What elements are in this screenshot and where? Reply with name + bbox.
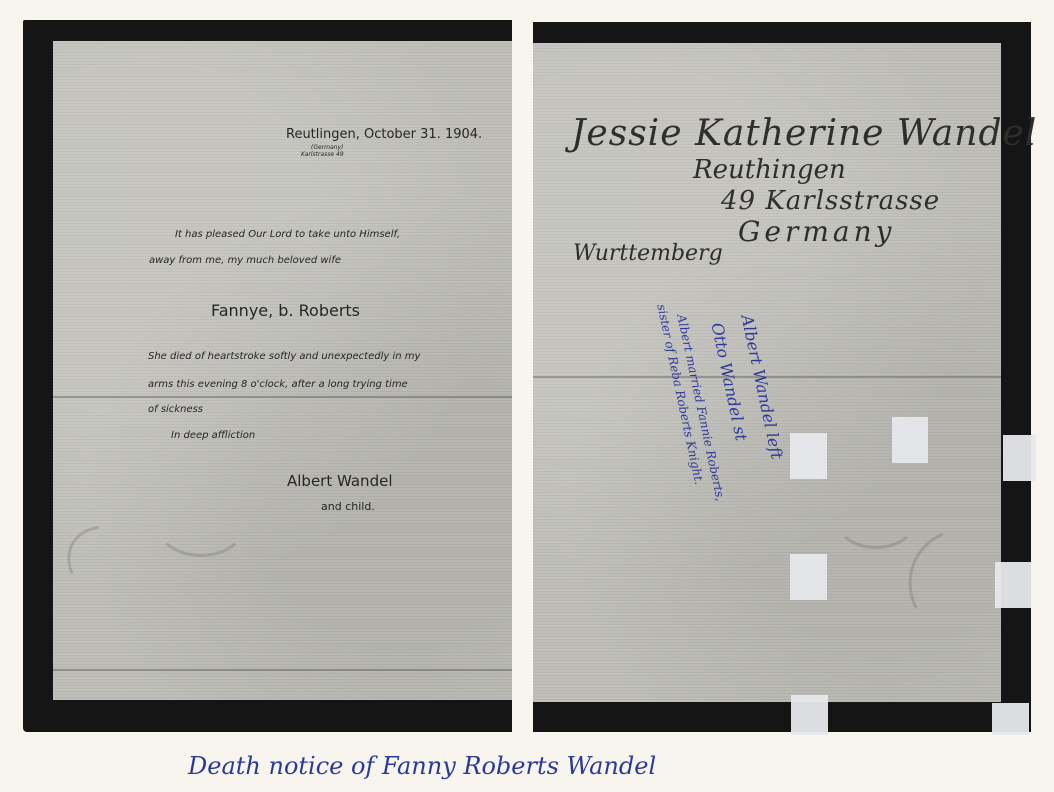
address-street: 49 Karlsstrasse: [721, 186, 940, 216]
caption: Death notice of Fanny Roberts Wandel: [188, 752, 656, 780]
notice-line-5: of sickness: [148, 404, 203, 415]
notice-line-2: away from me, my much beloved wife: [149, 255, 341, 266]
closing-line: In deep affliction: [171, 430, 255, 441]
signer-name: Albert Wandel: [287, 472, 392, 490]
notice-line-1: It has pleased Our Lord to take unto Him…: [175, 229, 400, 240]
notice-line-3: She died of heartstroke softly and unexp…: [148, 351, 420, 362]
water-stain: [153, 481, 249, 557]
tape-patch: [995, 562, 1031, 608]
right-page-mourning-border: Jessie Katherine Wandel Reuthingen 49 Ka…: [533, 22, 1031, 732]
signer-suffix: and child.: [321, 500, 375, 513]
tape-patch: [992, 703, 1029, 735]
tape-patch: [1003, 435, 1036, 481]
tape-patch: [790, 554, 827, 600]
address-recipient: Jessie Katherine Wandel: [571, 113, 1037, 154]
water-stain: [833, 483, 919, 549]
street-line: Karlstrasse 49: [301, 151, 344, 158]
left-page-mourning-border: Reutlingen, October 31. 1904. (Germany) …: [23, 20, 518, 732]
address-country: Germany: [738, 215, 895, 248]
tape-patch: [791, 695, 828, 735]
fold-crease: [53, 396, 518, 398]
notice-line-4: arms this evening 8 o'clock, after a lon…: [148, 379, 408, 390]
fold-crease: [53, 669, 518, 671]
place-date: Reutlingen, October 31. 1904.: [286, 127, 482, 142]
deceased-name: Fannye, b. Roberts: [211, 301, 360, 320]
tape-patch: [892, 417, 928, 463]
address-city: Reuthingen: [693, 155, 846, 185]
left-page-paper: Reutlingen, October 31. 1904. (Germany) …: [53, 41, 518, 700]
tape-patch: [790, 433, 827, 479]
address-region: Wurttemberg: [573, 241, 723, 266]
country-line: (Germany): [311, 144, 343, 151]
right-page-paper: Jessie Katherine Wandel Reuthingen 49 Ka…: [533, 43, 1001, 702]
